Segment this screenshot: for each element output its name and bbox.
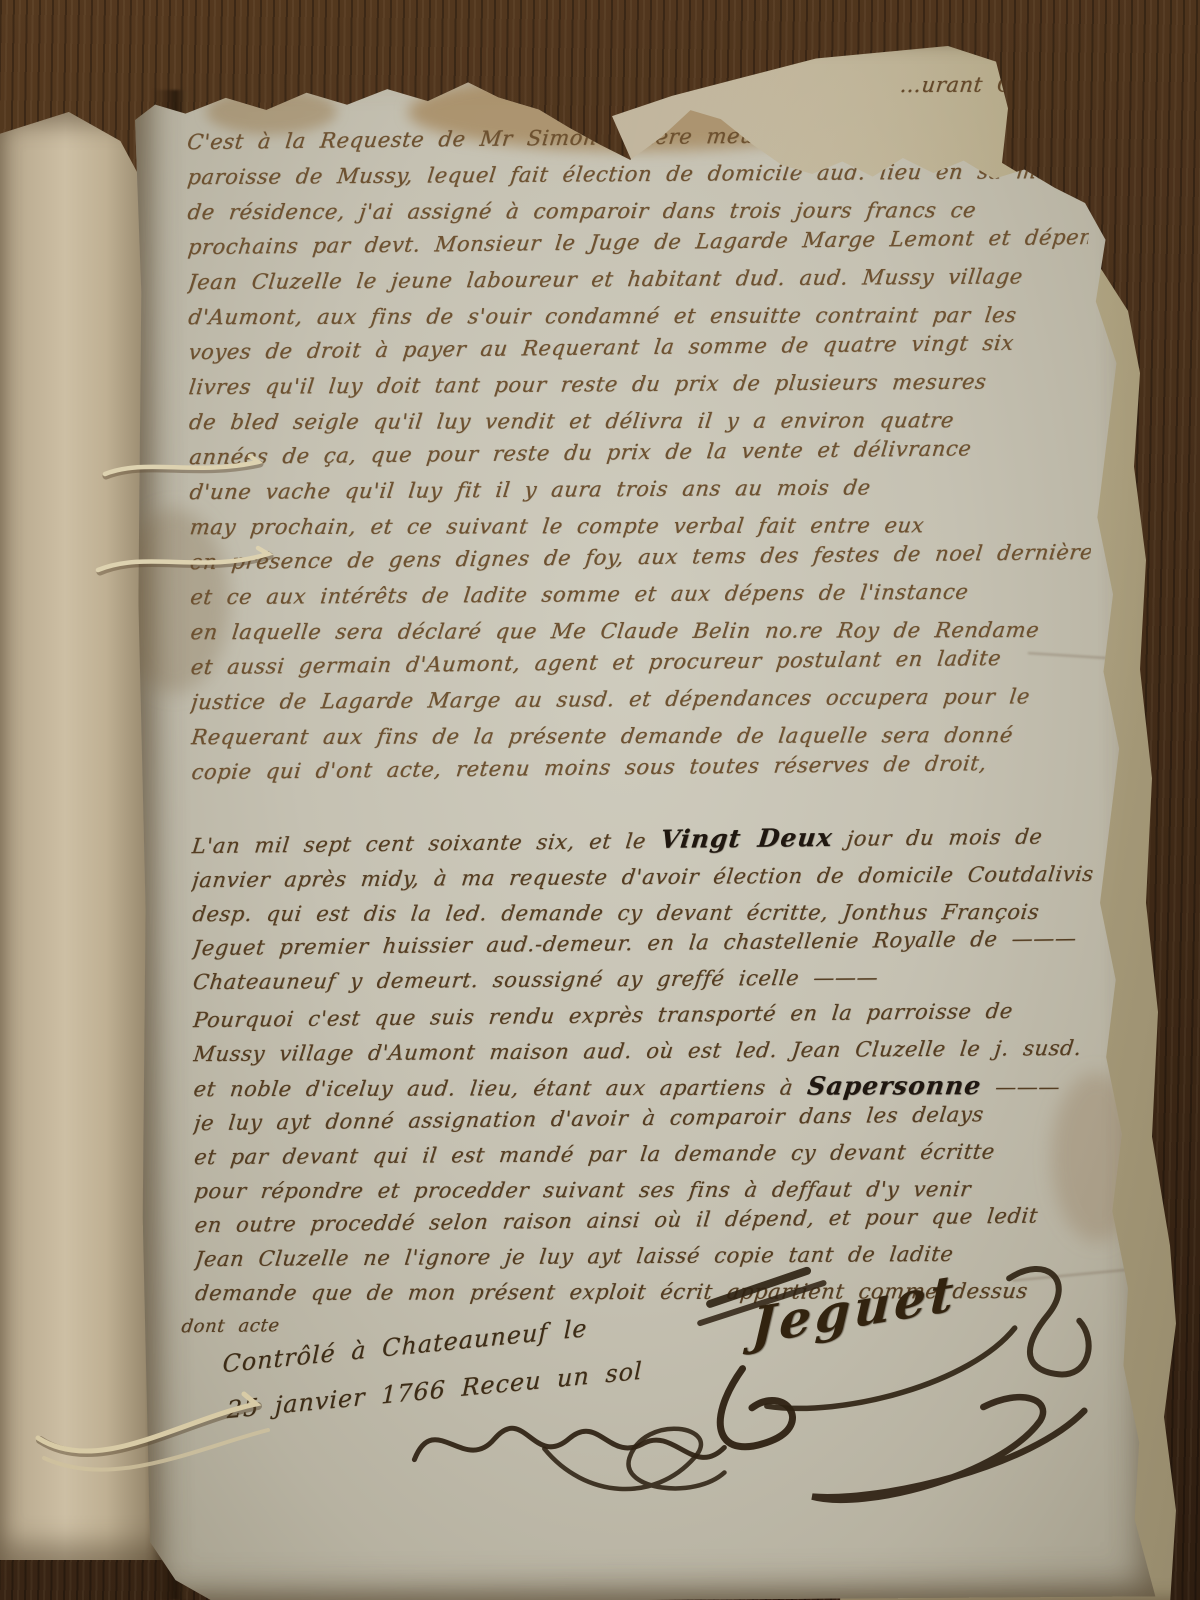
huissier-signature: Jeguet bbox=[674, 1209, 1123, 1534]
manuscript-line: d'une vache qu'il luy fit il y aura troi… bbox=[188, 469, 1092, 510]
manuscript-line: Jean Cluzelle le jeune laboureur et habi… bbox=[186, 259, 1090, 300]
manuscript-line: justice de Lagarde Marge au susd. et dép… bbox=[189, 679, 1093, 720]
manuscript-line: Mussy village d'Aumont maison aud. où es… bbox=[192, 1031, 1096, 1071]
binding-stitch bbox=[92, 538, 282, 588]
binding-stitch bbox=[100, 448, 270, 492]
manuscript-page: C'est à la Requeste de Mr Simon Millere … bbox=[135, 54, 1156, 1600]
paragraph-requeste: C'est à la Requeste de Mr Simon Millere … bbox=[187, 119, 1092, 790]
paragraph-date-signification: L'an mil sept cent soixante six, et le V… bbox=[192, 822, 1093, 999]
binding-stitch bbox=[28, 1378, 278, 1498]
date-line-post: jour du mois de bbox=[831, 825, 1044, 851]
manuscript-line: livres qu'il luy doit tant pour reste du… bbox=[187, 364, 1091, 405]
manuscript-line: et ce aux intérêts de ladite somme et au… bbox=[188, 574, 1092, 615]
emphasis-sapersonne: Sapersonne bbox=[806, 1071, 983, 1100]
manuscript-line: janvier après midy, à ma requeste d'avoi… bbox=[190, 857, 1094, 897]
manuscript-line: Pourquoi c'est que suis rendu exprès tra… bbox=[191, 993, 1095, 1037]
signature-flourish-icon bbox=[674, 1209, 1123, 1534]
manuscript-line: Chateauneuf y demeurt. soussigné ay gref… bbox=[191, 959, 1095, 999]
manuscript-text: C'est à la Requeste de Mr Simon Millere … bbox=[187, 119, 1095, 1344]
sapersonne-line-pre: et noble d'iceluy aud. lieu, étant aux a… bbox=[192, 1076, 808, 1102]
manuscript-line-date: L'an mil sept cent soixante six, et le V… bbox=[190, 818, 1094, 863]
date-line-pre: L'an mil sept cent soixante six, et le bbox=[191, 829, 662, 858]
emphasis-vingt-deux: Vingt Deux bbox=[659, 823, 834, 854]
manuscript-line: et par devant qui il est mandé par la de… bbox=[192, 1134, 1096, 1174]
